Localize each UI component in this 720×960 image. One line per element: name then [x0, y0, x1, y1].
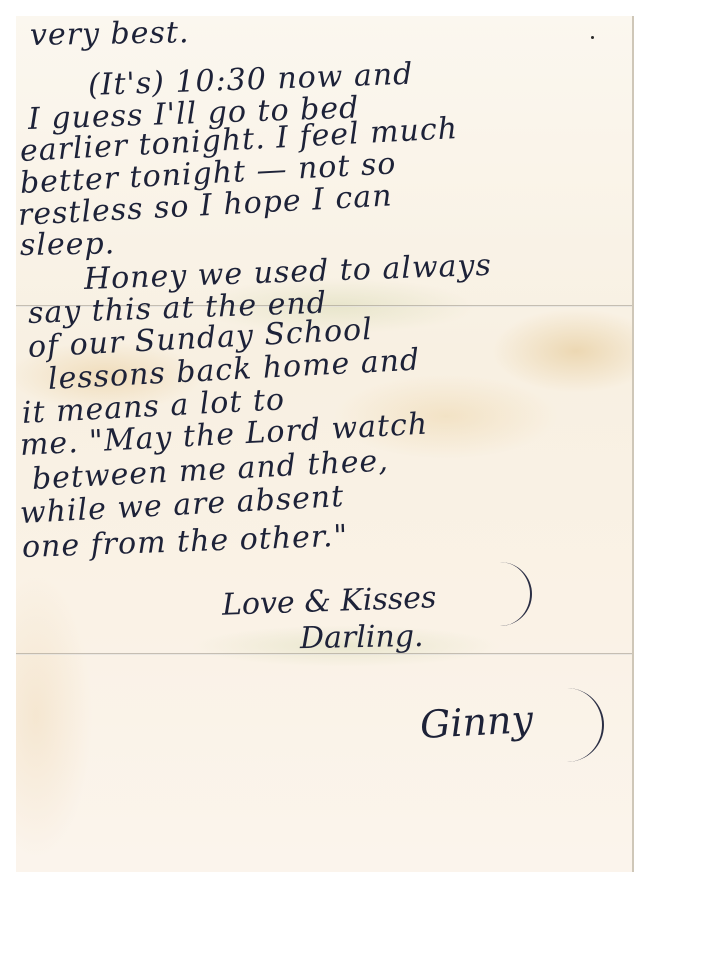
closing-line-love-kisses: Love & Kisses: [221, 580, 437, 622]
ink-speck: [591, 36, 594, 39]
letter-line-1: very best.: [30, 15, 190, 53]
letter-line-7: sleep.: [20, 226, 116, 263]
closing-line-darling: Darling.: [300, 619, 424, 656]
closing-brace-stroke: [470, 562, 532, 626]
signature-name: Ginny: [419, 697, 534, 747]
